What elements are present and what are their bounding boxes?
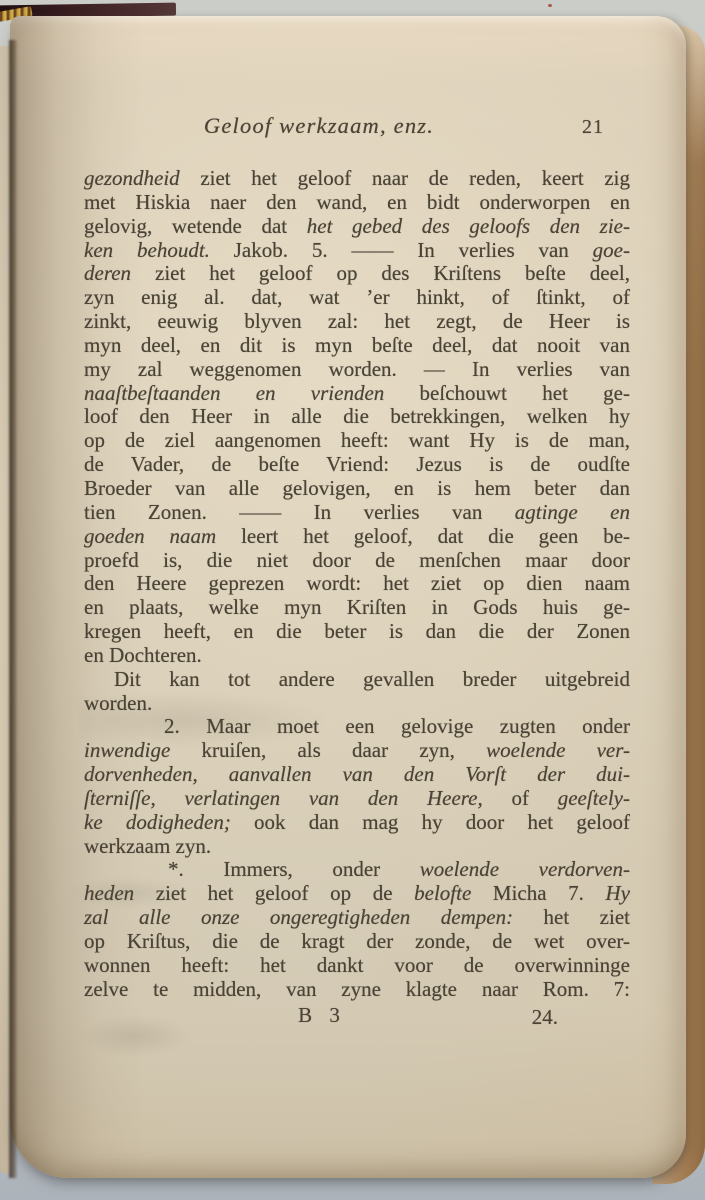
text-line: en Dochteren.: [84, 644, 630, 668]
text-line: zelve te midden, van zyne klagte naar Ro…: [84, 978, 630, 1002]
text-line: ke dodigheden; ook dan mag hy door het g…: [84, 811, 630, 835]
text-block: gezondheid ziet het geloof naar de reden…: [84, 167, 630, 1002]
running-header: Geloof werkzaam, enz. 21: [84, 113, 630, 141]
gutter-shadow: [9, 40, 17, 1178]
text-line: ken behoudt. Jakob. 5. —— In verlies van…: [84, 239, 630, 263]
text-line: kregen heeft, en die beter is dan die de…: [84, 620, 630, 644]
text-line: ſterniſſe, verlatingen van den Heere, of…: [84, 787, 630, 811]
text-line: gelovig, wetende dat het gebed des geloo…: [84, 215, 630, 239]
text-line: naaſtbeſtaanden en vrienden beſchouwt he…: [84, 382, 630, 406]
text-line: met Hiskia naer den wand, en bidt onderw…: [84, 191, 630, 215]
text-line: gezondheid ziet het geloof naar de reden…: [84, 167, 630, 191]
text-line: werkzaam zyn.: [84, 835, 630, 859]
text-line: tien Zonen. —— In verlies van agtinge en: [84, 501, 630, 525]
text-line: myn deel, en dit is myn beſte deel, dat …: [84, 334, 630, 358]
text-line: inwendige kruiſen, als daar zyn, woelend…: [84, 739, 630, 763]
page-footer: B 3 24.: [84, 1003, 630, 1029]
text-line: op Kriſtus, die de kragt der zonde, de w…: [84, 930, 630, 954]
text-line: en plaats, welke myn Kriſten in Gods hui…: [84, 596, 630, 620]
text-line: loof den Heer in alle die betrekkingen, …: [84, 405, 630, 429]
text-line: zal alle onze ongeregtigheden dempen: he…: [84, 906, 630, 930]
text-line: heden ziet het geloof op de belofte Mich…: [84, 882, 630, 906]
book-page: Geloof werkzaam, enz. 21 gezondheid ziet…: [10, 16, 686, 1178]
catchword: 24.: [532, 1005, 558, 1030]
header-title: Geloof werkzaam, enz.: [84, 113, 554, 139]
text-line: Dit kan tot andere gevallen breder uitge…: [84, 668, 630, 692]
text-line: my zal weggenomen worden. — In verlies v…: [84, 358, 630, 382]
photo-speck: [548, 4, 552, 7]
text-line: deren ziet het geloof op des Kriſtens be…: [84, 262, 630, 286]
text-line: wonnen heeft: het dankt voor de overwinn…: [84, 954, 630, 978]
book-photo: Geloof werkzaam, enz. 21 gezondheid ziet…: [0, 0, 705, 1200]
text-line: goeden naam leert het geloof, dat die ge…: [84, 525, 630, 549]
text-line: op de ziel aangenomen heeft: want Hy is …: [84, 429, 630, 453]
text-line: zyn enig al. dat, wat ’er hinkt, of ſtin…: [84, 286, 630, 310]
text-line: 2. Maar moet een gelovige zugten onder: [84, 715, 630, 739]
text-line: den Heere geprezen wordt: het ziet op di…: [84, 572, 630, 596]
text-line: *. Immers, onder woelende verdorven-: [84, 858, 630, 882]
text-line: proefd is, die niet door de menſchen maa…: [84, 549, 630, 573]
page-number: 21: [582, 116, 604, 139]
text-line: worden.: [84, 692, 630, 716]
text-line: de Vader, de beſte Vriend: Jezus is de o…: [84, 453, 630, 477]
text-line: dorvenheden, aanvallen van den Vorſt der…: [84, 763, 630, 787]
text-line: Broeder van alle gelovigen, en is hem be…: [84, 477, 630, 501]
text-line: zinkt, eeuwig blyven zal: het zegt, de H…: [84, 310, 630, 334]
signature-mark: B 3: [84, 1003, 554, 1028]
